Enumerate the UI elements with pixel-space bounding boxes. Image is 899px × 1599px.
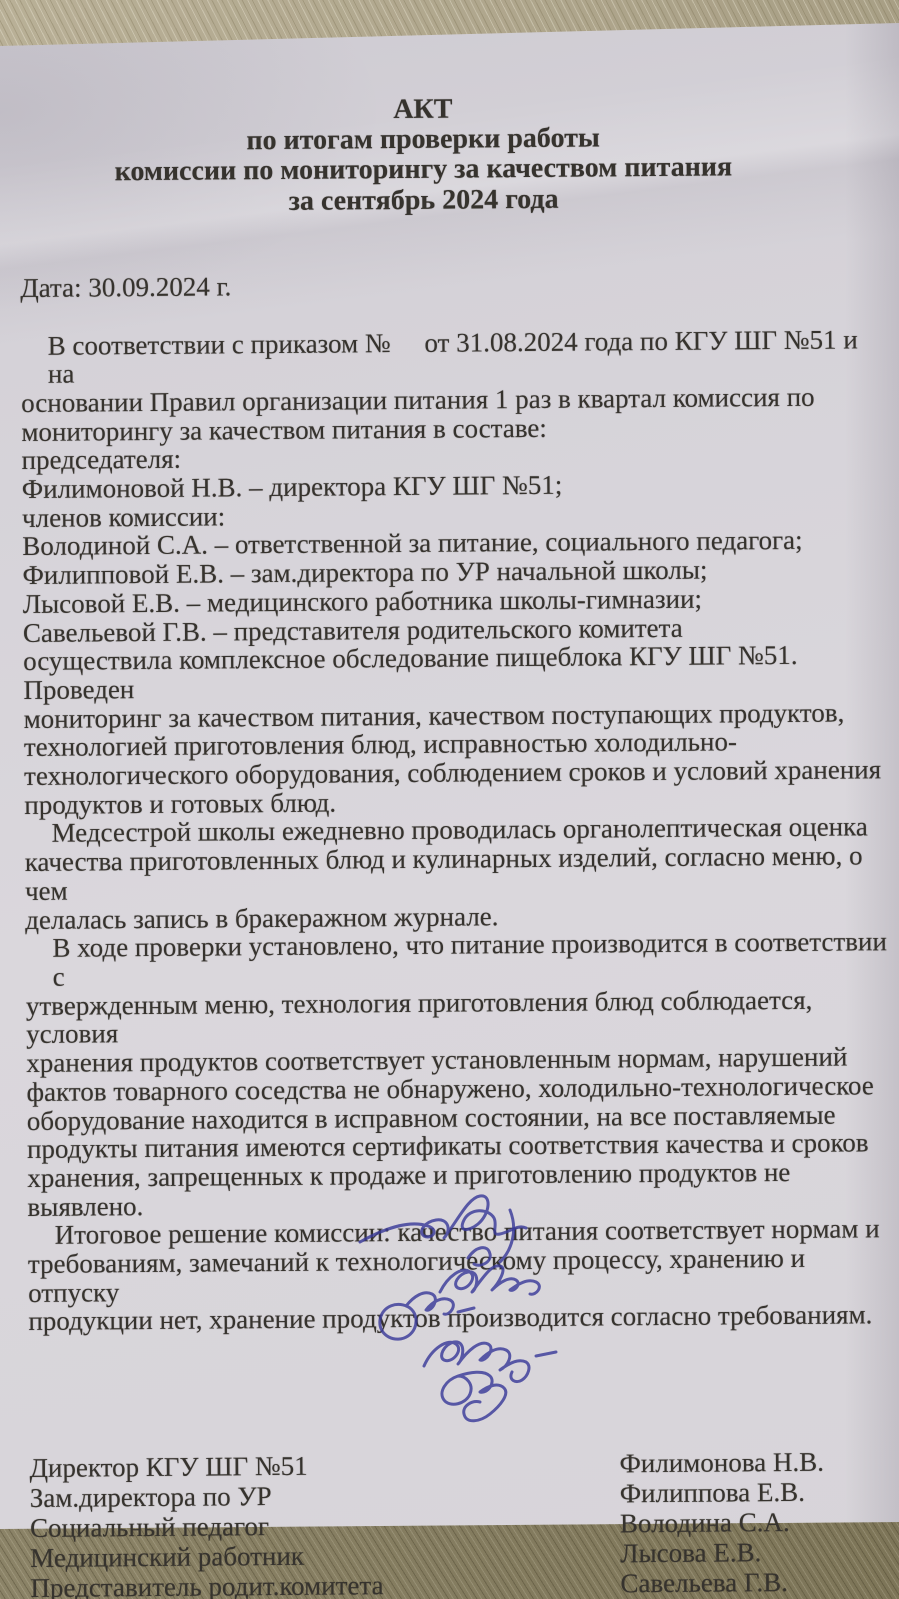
signature-block: Директор КГУ ШГ №51 Филимонова Н.В. Зам.… (29, 1446, 894, 1599)
signature-role: Медицинский работник (30, 1538, 620, 1573)
signature-role: Представитель родит.комитета (30, 1568, 620, 1599)
signature-name: Лысова Е.В. (620, 1536, 894, 1568)
date-line: Дата: 30.09.2024 г. (20, 267, 884, 302)
photo-of-document: АКТ по итогам проверки работы комиссии п… (0, 0, 899, 1599)
signature-name: Филимонова Н.В. (619, 1446, 893, 1478)
signature-ink-director-tail (500, 1210, 514, 1262)
signature-ink-deputy (440, 1248, 539, 1295)
doc-line: осуществила комплексное обследование пищ… (23, 640, 887, 704)
handwritten-signatures (340, 1180, 600, 1440)
doc-line: В соответствии с приказом № от 31.08.202… (21, 325, 885, 389)
signature-ink-parent-representative (442, 1372, 506, 1421)
signature-ink-social-pedagogue (380, 1293, 474, 1339)
doc-line: утвержденным меню, технология приготовле… (26, 985, 890, 1049)
signature-row: Представитель родит.комитета Савельева Г… (30, 1566, 894, 1599)
doc-line: качества приготовленных блюд и кулинарны… (25, 841, 889, 905)
document-title: АКТ по итогам проверки работы комиссии п… (19, 92, 828, 219)
signature-ink-director (360, 1196, 526, 1242)
signature-name: Савельева Г.В. (620, 1566, 894, 1598)
signature-role: Социальный педагог (30, 1508, 620, 1543)
signature-name: Володина С.А. (620, 1506, 894, 1538)
title-line: комиссии по мониторингу за качеством пит… (19, 152, 827, 189)
signature-role: Зам.директора по УР (30, 1478, 620, 1513)
title-line: за сентябрь 2024 года (19, 182, 827, 219)
doc-line: В ходе проверки установлено, что питание… (25, 927, 889, 991)
signature-name: Филиппова Е.В. (620, 1476, 894, 1508)
signature-role: Директор КГУ ШГ №51 (29, 1448, 619, 1483)
